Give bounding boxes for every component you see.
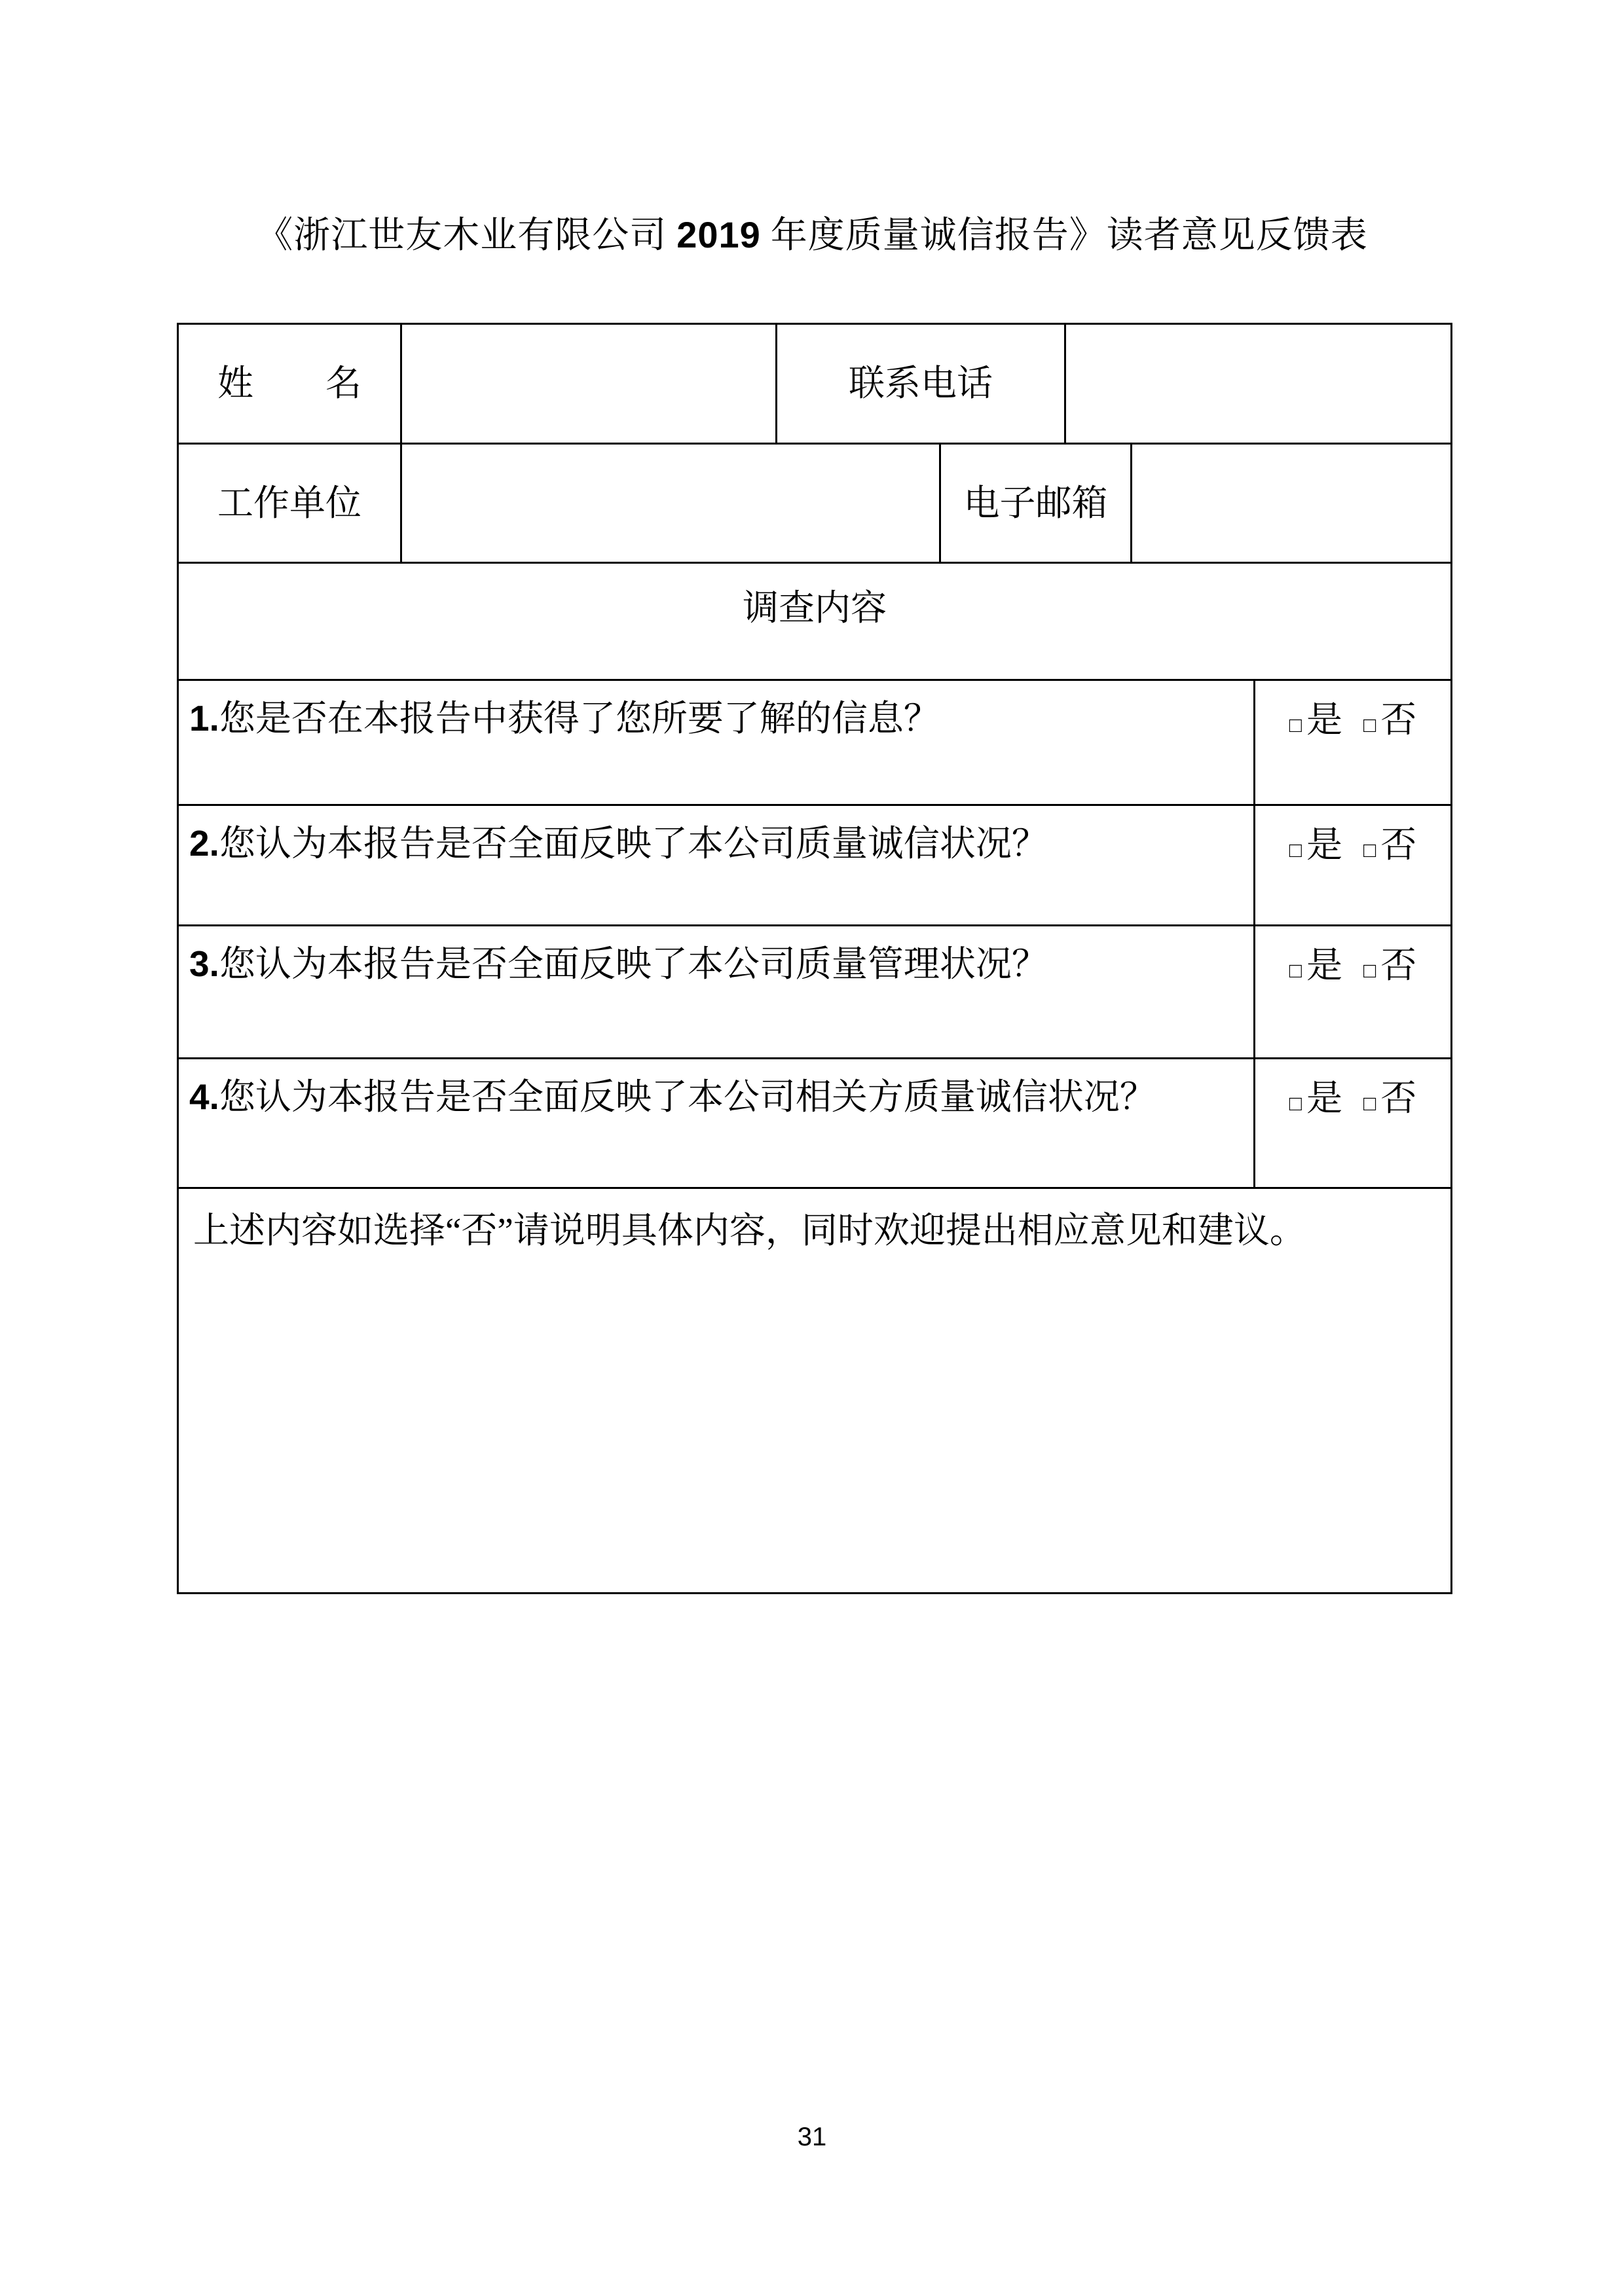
comments-row: 上述内容如选择“否”请说明具体内容，同时欢迎提出相应意见和建议。 [179,1187,1450,1592]
checkbox-icon[interactable]: □ [1363,839,1376,862]
question-4-choices: □是□否 [1253,1059,1450,1187]
employer-input[interactable] [400,445,939,562]
question-3-text: 您认为本报告是否全面反映了本公司质量管理状况？ [219,944,1048,984]
question-3-text-cell: 3.您认为本报告是否全面反映了本公司质量管理状况？ [179,926,1253,1057]
question-row-2: 2.您认为本报告是否全面反映了本公司质量诚信状况？ □是□否 [179,804,1450,924]
question-2-text: 您认为本报告是否全面反映了本公司质量诚信状况？ [219,824,1048,864]
checkbox-icon[interactable]: □ [1363,959,1376,982]
question-row-1: 1.您是否在本报告中获得了您所要了解的信息？ □是□否 [179,679,1450,804]
question-3-no-option[interactable]: □否 [1363,945,1416,985]
question-1-number: 1. [189,698,219,738]
feedback-form-table: 姓 名 联系电话 工作单位 电子邮箱 调查内容 1.您是 [177,323,1452,1594]
question-3-number: 3. [189,943,219,984]
no-label: 否 [1380,1078,1416,1118]
phone-input[interactable] [1064,325,1450,443]
question-3-yes-option[interactable]: □是 [1289,945,1342,985]
question-2-number: 2. [189,823,219,864]
checkbox-icon[interactable]: □ [1289,1092,1302,1115]
name-label: 姓 名 [217,363,361,404]
title-prefix: 《浙江世友木业有限公司 [256,215,676,256]
checkbox-icon[interactable]: □ [1289,839,1302,862]
question-row-3: 3.您认为本报告是否全面反映了本公司质量管理状况？ □是□否 [179,924,1450,1057]
question-1-choices: □是□否 [1253,681,1450,804]
no-label: 否 [1380,825,1416,865]
employer-label: 工作单位 [217,483,361,524]
yes-label: 是 [1306,945,1342,985]
checkbox-icon[interactable]: □ [1289,714,1302,737]
row-employer-email: 工作单位 电子邮箱 [179,443,1450,562]
question-4-no-option[interactable]: □否 [1363,1078,1416,1118]
title-suffix: 年度质量诚信报告》读者意见反馈表 [761,215,1368,256]
question-1-no-option[interactable]: □否 [1363,700,1416,740]
question-1-text: 您是否在本报告中获得了您所要了解的信息？ [219,699,940,738]
phone-label-cell: 联系电话 [775,325,1064,443]
email-label-cell: 电子邮箱 [939,445,1130,562]
question-3-choices: □是□否 [1253,926,1450,1057]
no-label: 否 [1380,700,1416,740]
email-label: 电子邮箱 [963,483,1107,524]
title-year: 2019 [676,214,761,255]
name-input[interactable] [400,325,775,443]
email-input[interactable] [1130,445,1450,562]
question-2-text-cell: 2.您认为本报告是否全面反映了本公司质量诚信状况？ [179,806,1253,924]
row-name-phone: 姓 名 联系电话 [179,325,1450,443]
checkbox-icon[interactable]: □ [1289,959,1302,982]
section-header-label: 调查内容 [743,587,887,629]
yes-label: 是 [1306,700,1342,740]
no-label: 否 [1380,945,1416,985]
page-title: 《浙江世友木业有限公司 2019 年度质量诚信报告》读者意见反馈表 [0,206,1624,259]
question-row-4: 4.您认为本报告是否全面反映了本公司相关方质量诚信状况？ □是□否 [179,1057,1450,1187]
question-1-text-cell: 1.您是否在本报告中获得了您所要了解的信息？ [179,681,1253,804]
page-number: 31 [0,2123,1624,2152]
question-4-text: 您认为本报告是否全面反映了本公司相关方质量诚信状况？ [219,1077,1156,1117]
question-2-yes-option[interactable]: □是 [1289,825,1342,865]
row-section-header: 调查内容 [179,562,1450,679]
section-header-cell: 调查内容 [179,564,1450,679]
question-4-text-cell: 4.您认为本报告是否全面反映了本公司相关方质量诚信状况？ [179,1059,1253,1187]
checkbox-icon[interactable]: □ [1363,714,1376,737]
employer-label-cell: 工作单位 [179,445,400,562]
name-label-cell: 姓 名 [179,325,400,443]
checkbox-icon[interactable]: □ [1363,1092,1376,1115]
comments-instruction: 上述内容如选择“否”请说明具体内容，同时欢迎提出相应意见和建议。 [193,1211,1306,1250]
question-2-no-option[interactable]: □否 [1363,825,1416,865]
question-2-choices: □是□否 [1253,806,1450,924]
question-4-yes-option[interactable]: □是 [1289,1078,1342,1118]
question-1-yes-option[interactable]: □是 [1289,700,1342,740]
question-4-number: 4. [189,1076,219,1117]
yes-label: 是 [1306,1078,1342,1118]
document-page: 《浙江世友木业有限公司 2019 年度质量诚信报告》读者意见反馈表 姓 名 联系… [0,0,1624,2296]
phone-label: 联系电话 [849,363,993,404]
yes-label: 是 [1306,825,1342,865]
comments-area[interactable]: 上述内容如选择“否”请说明具体内容，同时欢迎提出相应意见和建议。 [179,1189,1450,1592]
